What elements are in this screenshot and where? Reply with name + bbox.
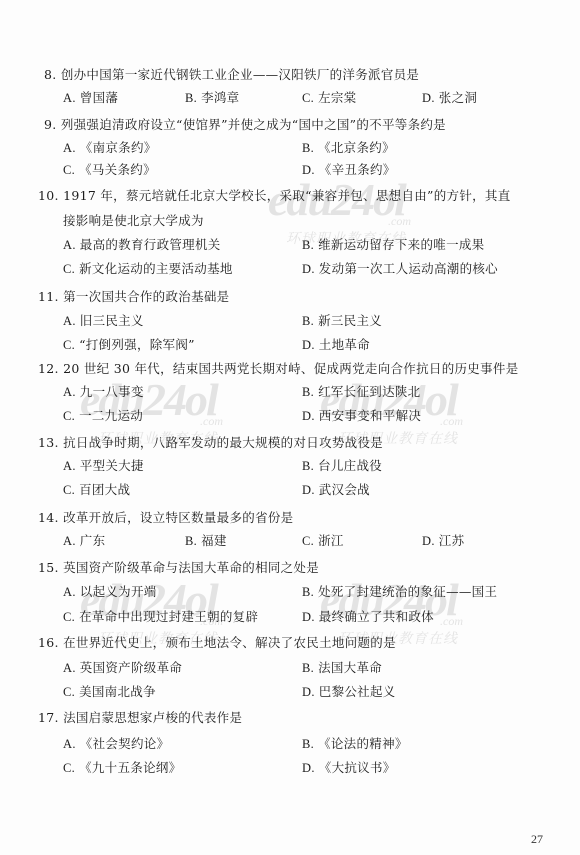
- option-text: 一二九运动: [79, 408, 143, 423]
- option-text: 《南京条约》: [80, 140, 157, 155]
- option-text: 武汉会战: [319, 482, 370, 497]
- option-label: A.: [63, 585, 76, 599]
- question-number: 8.: [44, 67, 57, 83]
- option-text: 最终确立了共和政体: [319, 609, 434, 624]
- option-label: C.: [302, 534, 314, 548]
- option-text: 福建: [201, 533, 227, 548]
- question-13-option-c: C.百团大战: [63, 482, 130, 498]
- question-text: 法国启蒙思想家卢梭的代表作是: [63, 710, 242, 725]
- question-11-option-c: C.“打倒列强，除军阀”: [63, 337, 195, 353]
- question-14-stem: 14. 改革开放后，设立特区数量最多的省份是: [38, 510, 293, 526]
- question-text: 英国资产阶级革命与法国大革命的相同之处是: [63, 560, 319, 575]
- option-label: C.: [63, 409, 75, 423]
- option-label: A.: [63, 459, 76, 473]
- question-17-option-a: A.《社会契约论》: [63, 736, 169, 752]
- question-12-stem: 12. 20 世纪 30 年代，结束国共两党长期对峙、促成两党走向合作抗日的历史…: [38, 361, 519, 377]
- option-text: 平型关大捷: [80, 458, 144, 473]
- option-label: A.: [63, 534, 76, 548]
- question-12-option-d: D.西安事变和平解决: [302, 408, 421, 424]
- question-13-option-d: D.武汉会战: [302, 482, 370, 498]
- option-label: C.: [63, 338, 75, 352]
- question-10-stem-line2: 接影响是使北京大学成为: [63, 213, 204, 229]
- question-16-stem: 16. 在世界近代史上，颁布土地法令、解决了农民土地问题的是: [38, 635, 396, 651]
- question-number: 17.: [38, 710, 59, 726]
- question-8-option-c: C.左宗棠: [302, 90, 356, 106]
- question-15-option-a: A.以起义为开端: [63, 584, 157, 600]
- option-text: 李鸿章: [201, 90, 239, 105]
- question-16-option-b: B.法国大革命: [302, 660, 382, 676]
- question-text: 列强强迫清政府设立“使馆界”并使之成为“国中之国”的不平等条约是: [61, 117, 446, 132]
- option-label: B.: [302, 459, 314, 473]
- option-text: “打倒列强，除军阀”: [79, 337, 195, 352]
- question-text: 接影响是使北京大学成为: [63, 213, 204, 228]
- option-label: C.: [302, 91, 314, 105]
- option-label: D.: [302, 685, 315, 699]
- question-8-option-d: D.张之洞: [422, 90, 477, 106]
- option-label: A.: [63, 385, 76, 399]
- option-text: 浙江: [318, 533, 344, 548]
- option-text: 维新运动留存下来的唯一成果: [318, 237, 484, 252]
- option-text: 九一八事变: [80, 384, 144, 399]
- watermark-domain: .com: [388, 214, 411, 229]
- option-text: 法国大革命: [318, 660, 382, 675]
- question-13-stem: 13. 抗日战争时期，八路军发动的最大规模的对日攻势战役是: [38, 435, 383, 451]
- option-label: B.: [302, 238, 314, 252]
- exam-page: edu24ol .com 环球职业教育在线 edu24ol .com 环球职业教…: [0, 0, 580, 855]
- question-10-option-d: D.发动第一次工人运动高潮的核心: [302, 261, 498, 277]
- question-text: 创办中国第一家近代钢铁工业企业——汉阳铁厂的洋务派官员是: [61, 67, 419, 82]
- watermark-domain: .com: [440, 414, 463, 429]
- question-number: 10.: [38, 188, 59, 204]
- question-number: 9.: [44, 117, 57, 133]
- option-text: 《大抗议书》: [319, 760, 396, 775]
- option-text: 台儿庄战役: [318, 458, 382, 473]
- option-text: 处死了封建统治的象征——国王: [318, 584, 497, 599]
- watermark-domain: .com: [200, 414, 223, 429]
- option-text: 英国资产阶级革命: [80, 660, 182, 675]
- option-label: B.: [302, 737, 314, 751]
- question-9-stem: 9. 列强强迫清政府设立“使馆界”并使之成为“国中之国”的不平等条约是: [44, 117, 446, 133]
- option-label: B.: [302, 385, 314, 399]
- option-text: 最高的教育行政管理机关: [80, 237, 221, 252]
- option-label: C.: [63, 163, 75, 177]
- option-text: 江苏: [439, 533, 465, 548]
- question-12-option-c: C.一二九运动: [63, 408, 143, 424]
- question-17-option-c: C.《九十五条论纲》: [63, 760, 181, 776]
- option-text: 《马关条约》: [79, 162, 156, 177]
- option-text: 广东: [80, 533, 106, 548]
- option-text: 土地革命: [319, 337, 370, 352]
- option-text: 《论法的精神》: [318, 736, 408, 751]
- option-text: 左宗棠: [318, 90, 356, 105]
- option-text: 曾国藩: [80, 90, 118, 105]
- option-label: D.: [302, 610, 315, 624]
- option-label: D.: [302, 761, 315, 775]
- question-text: 1917 年，蔡元培就任北京大学校长，采取“兼容并包、思想自由”的方针，其直: [63, 188, 510, 203]
- option-text: 美国南北战争: [79, 684, 156, 699]
- option-label: A.: [63, 661, 76, 675]
- option-text: 巴黎公社起义: [319, 684, 396, 699]
- question-9-option-b: B.《北京条约》: [302, 140, 395, 156]
- question-16-option-a: A.英国资产阶级革命: [63, 660, 182, 676]
- option-text: 新三民主义: [318, 313, 382, 328]
- question-text: 在世界近代史上，颁布土地法令、解决了农民土地问题的是: [63, 635, 396, 650]
- option-label: C.: [63, 685, 75, 699]
- option-label: B.: [302, 661, 314, 675]
- question-16-option-d: D.巴黎公社起义: [302, 684, 396, 700]
- option-label: A.: [63, 737, 76, 751]
- option-label: D.: [302, 483, 315, 497]
- question-number: 15.: [38, 560, 59, 576]
- option-label: D.: [422, 534, 435, 548]
- option-label: A.: [63, 314, 76, 328]
- page-number: 27: [531, 832, 543, 847]
- option-label: D.: [302, 409, 315, 423]
- question-8-stem: 8. 创办中国第一家近代钢铁工业企业——汉阳铁厂的洋务派官员是: [44, 67, 419, 83]
- question-15-option-c: C.在革命中出现过封建王朝的复辟: [63, 609, 258, 625]
- option-label: D.: [422, 91, 435, 105]
- question-11-option-d: D.土地革命: [302, 337, 370, 353]
- question-12-option-a: A.九一八事变: [63, 384, 144, 400]
- question-8-option-b: B.李鸿章: [185, 90, 239, 106]
- question-14-option-b: B.福建: [185, 533, 227, 549]
- option-text: 新文化运动的主要活动基地: [79, 261, 233, 276]
- option-text: 百团大战: [79, 482, 130, 497]
- question-text: 改革开放后，设立特区数量最多的省份是: [63, 510, 293, 525]
- option-label: C.: [63, 610, 75, 624]
- question-12-option-b: B.红军长征到达陕北: [302, 384, 420, 400]
- question-number: 14.: [38, 510, 59, 526]
- question-13-option-b: B.台儿庄战役: [302, 458, 382, 474]
- option-label: D.: [302, 262, 315, 276]
- option-text: 《北京条约》: [318, 140, 395, 155]
- option-label: B.: [302, 314, 314, 328]
- question-14-option-a: A.广东: [63, 533, 105, 549]
- option-label: D.: [302, 338, 315, 352]
- question-number: 13.: [38, 435, 59, 451]
- question-17-stem: 17. 法国启蒙思想家卢梭的代表作是: [38, 710, 242, 726]
- question-14-option-c: C.浙江: [302, 533, 344, 549]
- question-text: 20 世纪 30 年代，结束国共两党长期对峙、促成两党走向合作抗日的历史事件是: [63, 361, 518, 376]
- question-text: 抗日战争时期，八路军发动的最大规模的对日攻势战役是: [63, 435, 383, 450]
- option-text: 发动第一次工人运动高潮的核心: [319, 261, 498, 276]
- question-15-stem: 15. 英国资产阶级革命与法国大革命的相同之处是: [38, 560, 319, 576]
- option-text: 在革命中出现过封建王朝的复辟: [79, 609, 258, 624]
- question-9-option-a: A.《南京条约》: [63, 140, 157, 156]
- question-16-option-c: C.美国南北战争: [63, 684, 156, 700]
- question-8-option-a: A.曾国藩: [63, 90, 118, 106]
- question-17-option-b: B.《论法的精神》: [302, 736, 408, 752]
- question-9-option-c: C.《马关条约》: [63, 162, 156, 178]
- option-label: D.: [302, 163, 315, 177]
- watermark-domain: .com: [440, 614, 463, 629]
- question-11-option-a: A.旧三民主义: [63, 313, 144, 329]
- option-text: 红军长征到达陕北: [318, 384, 420, 399]
- option-label: C.: [63, 262, 75, 276]
- question-10-option-a: A.最高的教育行政管理机关: [63, 237, 221, 253]
- question-15-option-d: D.最终确立了共和政体: [302, 609, 434, 625]
- question-13-option-a: A.平型关大捷: [63, 458, 144, 474]
- option-text: 西安事变和平解决: [319, 408, 421, 423]
- option-text: 《九十五条论纲》: [79, 760, 181, 775]
- option-label: C.: [63, 761, 75, 775]
- option-label: B.: [185, 534, 197, 548]
- question-11-stem: 11. 第一次国共合作的政治基础是: [38, 289, 229, 305]
- question-10-option-b: B.维新运动留存下来的唯一成果: [302, 237, 484, 253]
- question-number: 16.: [38, 635, 59, 651]
- question-number: 12.: [38, 361, 59, 377]
- option-label: B.: [185, 91, 197, 105]
- question-11-option-b: B.新三民主义: [302, 313, 382, 329]
- question-17-option-d: D.《大抗议书》: [302, 760, 396, 776]
- question-9-option-d: D.《辛丑条约》: [302, 162, 396, 178]
- option-label: B.: [302, 141, 314, 155]
- option-label: A.: [63, 141, 76, 155]
- question-15-option-b: B.处死了封建统治的象征——国王: [302, 584, 497, 600]
- option-text: 《辛丑条约》: [319, 162, 396, 177]
- option-text: 张之洞: [439, 90, 477, 105]
- option-text: 以起义为开端: [80, 584, 157, 599]
- option-text: 旧三民主义: [80, 313, 144, 328]
- option-label: C.: [63, 483, 75, 497]
- question-text: 第一次国共合作的政治基础是: [63, 289, 229, 304]
- option-label: B.: [302, 585, 314, 599]
- question-14-option-d: D.江苏: [422, 533, 464, 549]
- question-10-stem: 10. 1917 年，蔡元培就任北京大学校长，采取“兼容并包、思想自由”的方针，…: [38, 188, 511, 204]
- option-label: A.: [63, 238, 76, 252]
- question-number: 11.: [38, 289, 59, 305]
- option-label: A.: [63, 91, 76, 105]
- option-text: 《社会契约论》: [80, 736, 170, 751]
- question-10-option-c: C.新文化运动的主要活动基地: [63, 261, 233, 277]
